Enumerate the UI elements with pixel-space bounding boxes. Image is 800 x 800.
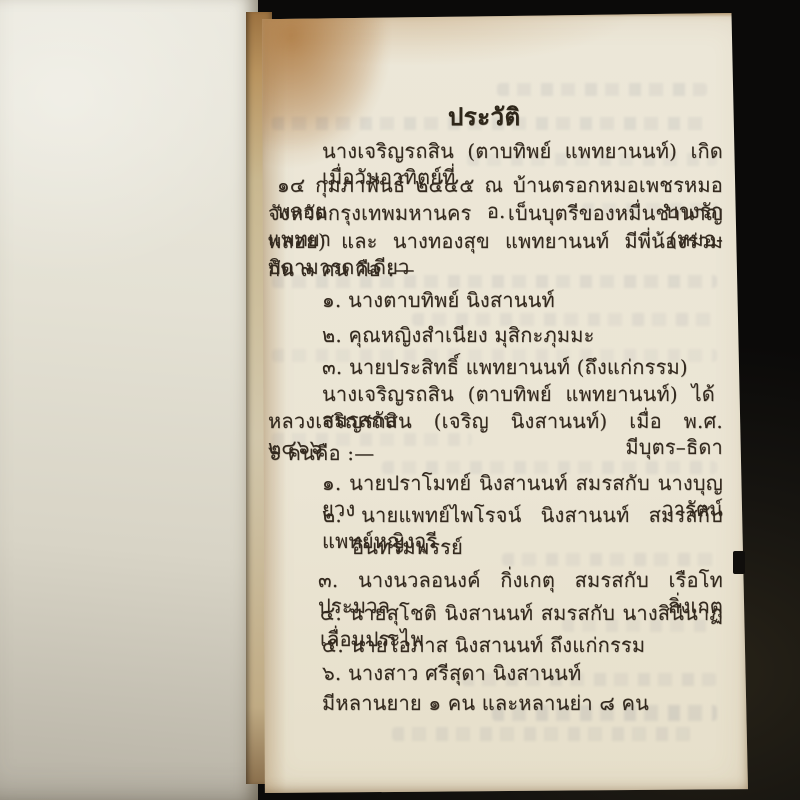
text-line: ๓. นายประสิทธิ์ แพทยานนท์ (ถึงแก่กรรม) <box>322 354 688 380</box>
text-line: ๒. คุณหญิงสำเนียง มุสิกะภุมมะ <box>322 322 595 348</box>
text-line: ๖. นางสาว ศรีสุดา นิงสานนท์ <box>322 660 581 686</box>
page-title: ประวัติ <box>448 97 521 136</box>
text-line: ๑. นางตาบทิพย์ นิงสานนท์ <box>322 287 555 313</box>
page-edge-notch <box>733 551 745 574</box>
text-line: ๖ คนคือ :— <box>268 440 374 466</box>
right-page: ประวัติ นางเจริญรถสิน (ตาบทิพย์ แพทยานนท… <box>262 13 748 793</box>
text-line: ๕. นายโอภาส นิงสานนท์ ถึงแก่กรรม <box>322 632 645 658</box>
showthrough-smudge <box>497 83 707 96</box>
showthrough-smudge <box>392 727 692 741</box>
text-line: มีหลานยาย ๑ คน และหลานย่า ๘ คน <box>322 690 649 716</box>
text-line: กัน ๓ คน คือ :— <box>268 256 415 282</box>
left-page-blank <box>0 0 258 800</box>
book-photo: ประวัติ นางเจริญรถสิน (ตาบทิพย์ แพทยานนท… <box>0 0 800 800</box>
showthrough-smudge <box>502 553 717 566</box>
text-line: อินทรัมพรรย์ <box>352 534 463 560</box>
